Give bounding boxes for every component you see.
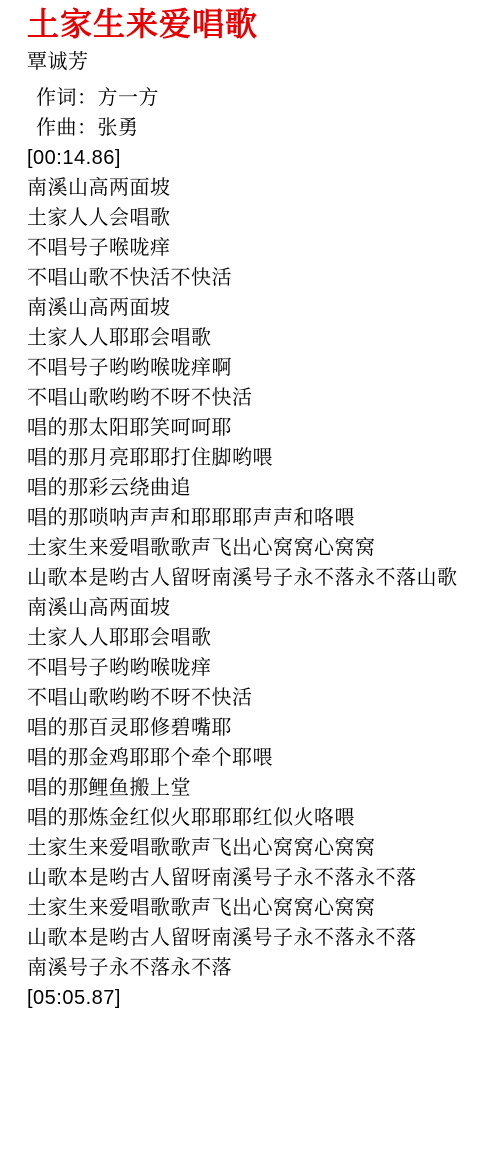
lyric-line: 唱的那月亮耶耶打住脚哟喂: [27, 443, 490, 473]
song-title: 土家生来爱唱歌: [27, 3, 490, 45]
lyric-line: 土家生来爱唱歌歌声飞出心窝窝心窝窝: [27, 893, 490, 923]
lyric-line: 南溪号子永不落永不落: [27, 953, 490, 983]
credit-line: 作词：方一方: [27, 83, 490, 113]
lyric-line: 不唱山歌不快活不快活: [27, 263, 490, 293]
lyric-line: 唱的那鲤鱼搬上堂: [27, 773, 490, 803]
credit-line: 作曲：张勇: [27, 113, 490, 143]
lyric-line: 唱的那炼金红似火耶耶耶红似火咯喂: [27, 803, 490, 833]
lyric-line: 唱的那百灵耶修碧嘴耶: [27, 713, 490, 743]
lyric-line: 山歌本是哟古人留呀南溪号子永不落永不落: [27, 923, 490, 953]
artist-name: 覃诚芳: [27, 48, 490, 76]
lyric-line: 唱的那彩云绕曲追: [27, 473, 490, 503]
lyrics-block: 作词：方一方作曲：张勇[00:14.86]南溪山高两面坡土家人人会唱歌不唱号子喉…: [27, 83, 490, 1013]
lyrics-page: 土家生来爱唱歌 覃诚芳 作词：方一方作曲：张勇[00:14.86]南溪山高两面坡…: [0, 0, 500, 1150]
lyric-line: 南溪山高两面坡: [27, 293, 490, 323]
lyric-line: 南溪山高两面坡: [27, 593, 490, 623]
lyric-line: 唱的那太阳耶笑呵呵耶: [27, 413, 490, 443]
lyric-line: 山歌本是哟古人留呀南溪号子永不落永不落: [27, 863, 490, 893]
lyric-line: 土家人人耶耶会唱歌: [27, 623, 490, 653]
lyric-line: 山歌本是哟古人留呀南溪号子永不落永不落山歌: [27, 563, 490, 593]
lyric-line: 南溪山高两面坡: [27, 173, 490, 203]
lyric-line: 土家人人会唱歌: [27, 203, 490, 233]
lyric-line: 土家生来爱唱歌歌声飞出心窝窝心窝窝: [27, 833, 490, 863]
timestamp-end: [05:05.87]: [27, 983, 490, 1013]
lyric-line: 土家生来爱唱歌歌声飞出心窝窝心窝窝: [27, 533, 490, 563]
lyric-line: 唱的那唢呐声声和耶耶耶声声和咯喂: [27, 503, 490, 533]
lyric-line: 不唱号子喉咙痒: [27, 233, 490, 263]
lyric-line: 土家人人耶耶会唱歌: [27, 323, 490, 353]
lyric-line: 不唱号子哟哟喉咙痒: [27, 653, 490, 683]
lyric-line: 唱的那金鸡耶耶个牵个耶喂: [27, 743, 490, 773]
timestamp-start: [00:14.86]: [27, 143, 490, 173]
lyric-line: 不唱号子哟哟喉咙痒啊: [27, 353, 490, 383]
lyric-line: 不唱山歌哟哟不呀不快活: [27, 383, 490, 413]
lyric-line: 不唱山歌哟哟不呀不快活: [27, 683, 490, 713]
